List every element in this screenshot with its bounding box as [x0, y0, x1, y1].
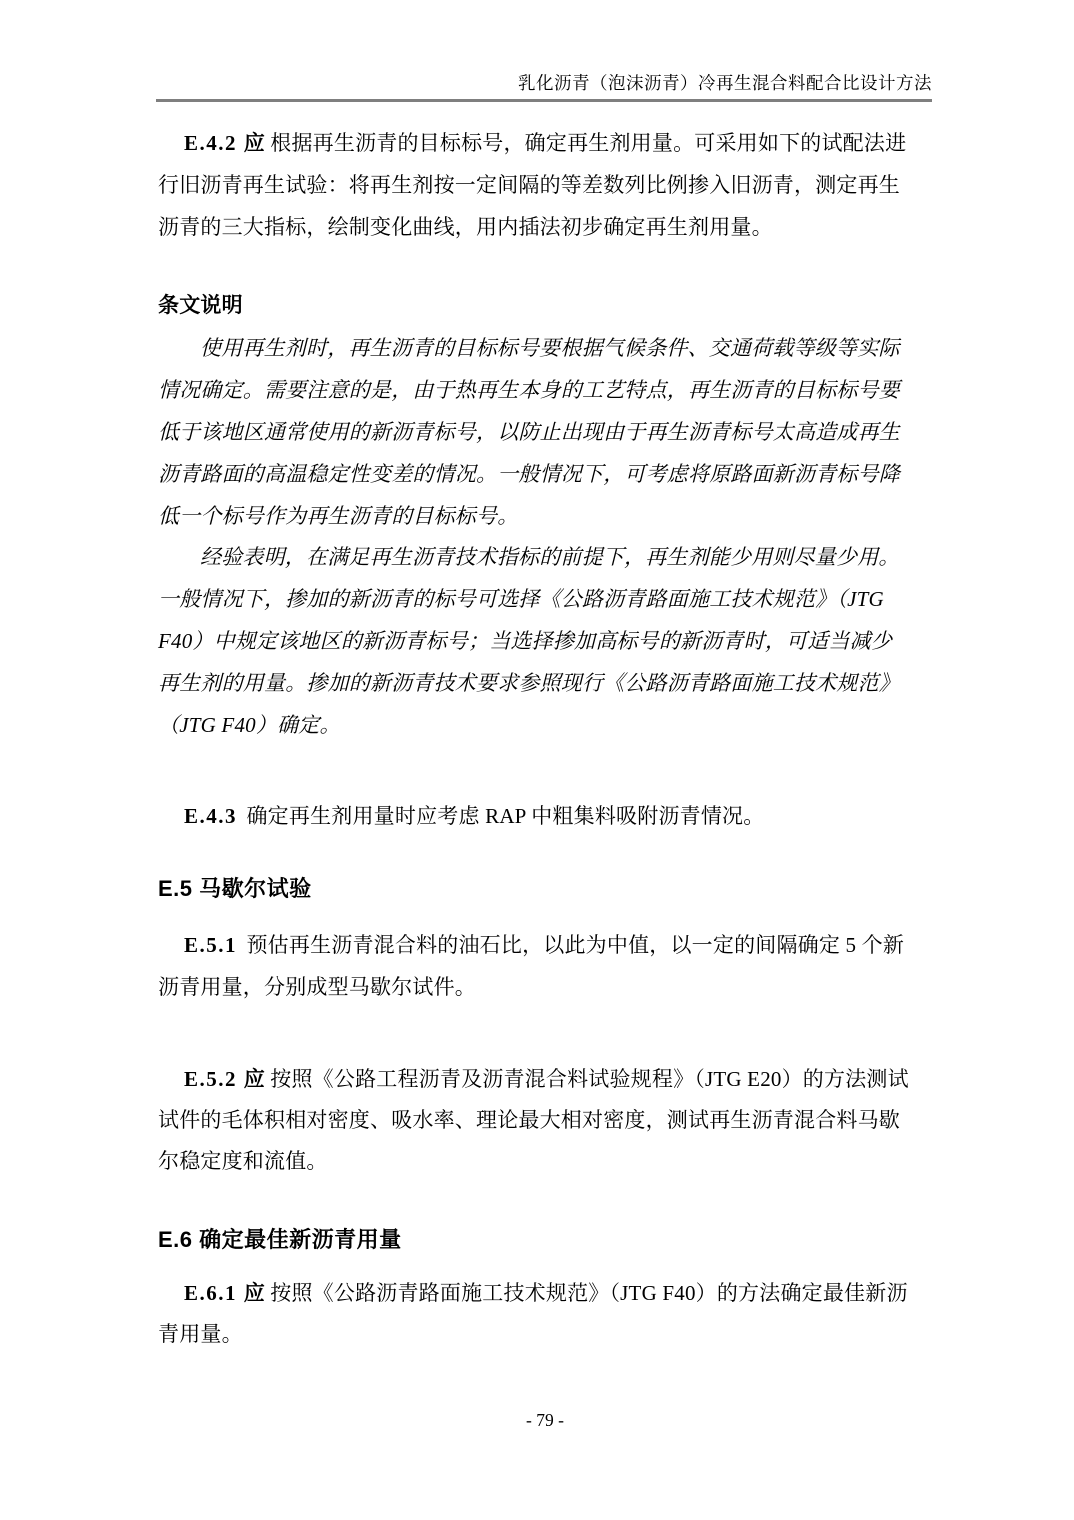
clause-e61-text: 按照《公路沥青路面施工技术规范》（JTG F40）的方法确定最佳新沥 青用量。 [158, 1281, 908, 1346]
clause-e42-text: 根据再生沥青的目标标号，确定再生剂用量。可采用如下的试配法进 行旧沥青再生试验：… [158, 131, 906, 239]
clause-e43-text: 确定再生剂用量时应考虑 RAP 中粗集料吸附沥青情况。 [241, 804, 764, 828]
clause-e43-number: E.4.3 [184, 804, 241, 828]
clause-e61-number: E.6.1 应 [184, 1281, 270, 1305]
section-heading-e6: E.6 确定最佳新沥青用量 [158, 1219, 936, 1261]
clause-e52-number: E.5.2 应 [184, 1067, 270, 1091]
page-header-title: 乳化沥青（泡沫沥青）冷再生混合料配合比设计方法 [158, 70, 932, 96]
header-rule [156, 99, 932, 102]
clause-e43: E.4.3 确定再生剂用量时应考虑 RAP 中粗集料吸附沥青情况。 [158, 795, 936, 837]
clause-e52-text: 按照《公路工程沥青及沥青混合料试验规程》（JTG E20）的方法测试 试件的毛体… [158, 1067, 909, 1173]
page-number: - 79 - [158, 1408, 932, 1432]
clause-e51-number: E.5.1 [184, 933, 241, 957]
section-heading-e5: E.5 马歇尔试验 [158, 868, 936, 910]
clause-e42: E.4.2 应根据再生沥青的目标标号，确定再生剂用量。可采用如下的试配法进 行旧… [158, 122, 936, 248]
clause-e51-text: 预估再生沥青混合料的油石比，以此为中值，以一定的间隔确定 5 个新 沥青用量，分… [158, 933, 904, 999]
commentary-paragraph-1: 使用再生剂时，再生沥青的目标标号要根据气候条件、交通荷载等级等实际 情况确定。需… [158, 327, 936, 537]
commentary-paragraph-2: 经验表明，在满足再生沥青技术指标的前提下，再生剂能少用则尽量少用。 一般情况下，… [158, 536, 936, 746]
clause-e61: E.6.1 应按照《公路沥青路面施工技术规范》（JTG F40）的方法确定最佳新… [158, 1273, 936, 1355]
commentary-heading: 条文说明 [158, 286, 936, 326]
clause-e42-number: E.4.2 应 [184, 131, 270, 155]
clause-e52: E.5.2 应按照《公路工程沥青及沥青混合料试验规程》（JTG E20）的方法测… [158, 1059, 936, 1182]
document-page: 乳化沥青（泡沫沥青）冷再生混合料配合比设计方法 E.4.2 应根据再生沥青的目标… [0, 0, 1074, 1520]
clause-e51: E.5.1 预估再生沥青混合料的油石比，以此为中值，以一定的间隔确定 5 个新 … [158, 924, 936, 1008]
